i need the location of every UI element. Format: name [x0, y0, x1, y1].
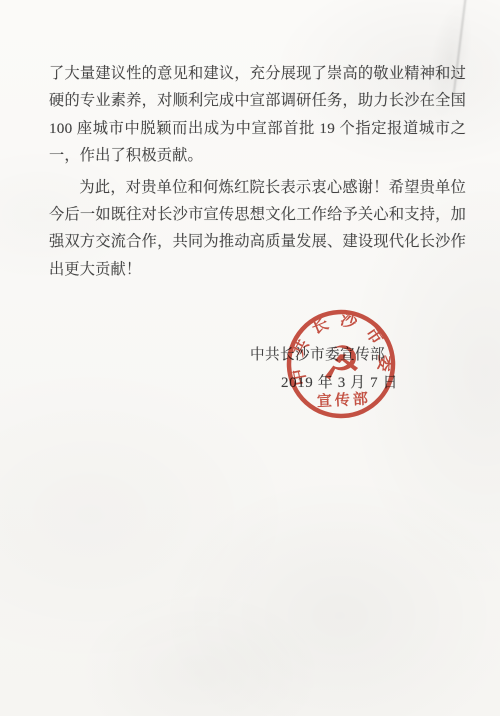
paragraph-2: 为此，对贵单位和何炼红院长表示衷心感谢！希望贵单位今后一如既往对长沙市宣传思想文… — [49, 174, 466, 284]
hammer-sickle-icon: ☭ — [319, 335, 363, 391]
scanned-letter-page: 了大量建议性的意见和建议，充分展现了崇高的敬业精神和过硬的专业素养，对顺利完成中… — [0, 0, 500, 716]
official-seal: 中共长沙市委 ☭ 宣传部 — [282, 305, 400, 423]
seal-bottom-text: 宣传部 — [316, 389, 371, 410]
letter-body: 了大量建议性的意见和建议，充分展现了崇高的敬业精神和过硬的专业素养，对顺利完成中… — [49, 60, 466, 283]
paragraph-1: 了大量建议性的意见和建议，充分展现了崇高的敬业精神和过硬的专业素养，对顺利完成中… — [49, 60, 466, 170]
